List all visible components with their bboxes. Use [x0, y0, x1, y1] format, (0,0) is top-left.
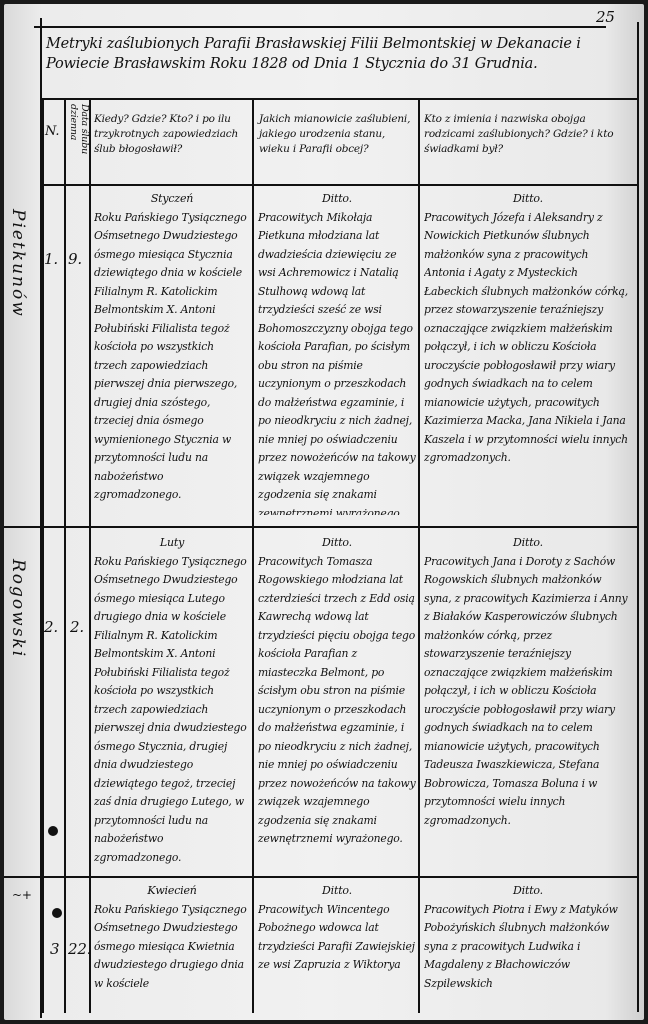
ink-blot-mark	[48, 826, 58, 836]
row-day-2: 2.	[70, 618, 84, 636]
row2-month: Luty	[94, 534, 250, 553]
row3-ceremony-cell: Kwiecień Roku Pańskiego Tysiącznego Ośms…	[94, 882, 250, 992]
row2-ceremony-cell: Luty Roku Pańskiego Tysiącznego Ośmsetne…	[94, 534, 250, 874]
page-number: 25	[596, 8, 615, 26]
header-col1: Kiedy? Gdzie? Kto? i po ilu trzykrotnych…	[94, 112, 248, 157]
row1-spouses-text: Pracowitych Mikołaja Pietkuna młodziana …	[258, 211, 416, 516]
header-date: Data ślubu dzienna	[68, 104, 90, 174]
header-number: N.	[45, 124, 59, 139]
margin-name-1: Pietkunów	[8, 209, 28, 318]
row2-parents-cell: Ditto. Pracowitych Jana i Doroty z Sachó…	[424, 534, 632, 874]
ink-blot-mark-2	[52, 908, 62, 918]
header-col3: Kto z imienia i nazwiska obojga rodzicam…	[424, 112, 632, 157]
row1-spouses-heading: Ditto.	[258, 190, 416, 209]
row-number-3: 3	[50, 940, 59, 958]
row1-spouses-cell: Ditto. Pracowitych Mikołaja Pietkuna mło…	[258, 190, 416, 515]
row-day-1: 9.	[68, 250, 82, 268]
frame-right-rule	[637, 22, 639, 1012]
margin-name-2: Rogowski	[8, 559, 28, 658]
row3-ceremony-text: Roku Pańskiego Tysiącznego Ośmsetnego Dw…	[94, 903, 247, 990]
row1-parents-heading: Ditto.	[424, 190, 632, 209]
row2-spouses-cell: Ditto. Pracowitych Tomasza Rogowskiego m…	[258, 534, 416, 874]
title-bottom-rule	[40, 98, 638, 100]
row3-parents-heading: Ditto.	[424, 882, 632, 901]
row2-bottom-rule	[4, 876, 638, 878]
row3-spouses-cell: Ditto. Pracowitych Wincentego Pobożnego …	[258, 882, 416, 992]
row1-parents-cell: Ditto. Pracowitych Józefa i Aleksandry z…	[424, 190, 632, 515]
header-bottom-rule	[40, 184, 638, 186]
register-page: 25 Metryki zaślubionych Parafii Brasławs…	[4, 4, 644, 1020]
row1-ceremony-text: Roku Pańskiego Tysiącznego Ośmsetnego Dw…	[94, 211, 247, 502]
row2-spouses-heading: Ditto.	[258, 534, 416, 553]
row3-margin-mark: ~+	[12, 888, 32, 902]
frame-top-rule	[34, 26, 606, 28]
row-number-2: 2.	[44, 618, 58, 636]
row3-spouses-heading: Ditto.	[258, 882, 416, 901]
row-day-3: 22.	[68, 940, 91, 958]
header-col2: Jakich mianowicie zaślubieni, jakiego ur…	[259, 112, 415, 157]
row3-parents-cell: Ditto. Pracowitych Piotra i Ewy z Matykó…	[424, 882, 632, 992]
row2-parents-text: Pracowitych Jana i Doroty z Sachów Rogow…	[424, 555, 627, 827]
row3-spouses-text: Pracowitych Wincentego Pobożnego wdowca …	[258, 903, 415, 972]
row1-ceremony-cell: Styczeń Roku Pańskiego Tysiącznego Ośmse…	[94, 190, 250, 515]
register-title: Metryki zaślubionych Parafii Brasławskie…	[46, 34, 638, 74]
row2-parents-heading: Ditto.	[424, 534, 632, 553]
row-number-1: 1.	[44, 250, 58, 268]
row3-month: Kwiecień	[94, 882, 250, 901]
row2-spouses-text: Pracowitych Tomasza Rogowskiego młodzian…	[258, 555, 416, 846]
row1-month: Styczeń	[94, 190, 250, 209]
row2-ceremony-text: Roku Pańskiego Tysiącznego Ośmsetnego Dw…	[94, 555, 247, 864]
row1-bottom-rule	[4, 526, 638, 528]
row1-parents-text: Pracowitych Józefa i Aleksandry z Nowick…	[424, 211, 628, 465]
row3-parents-text: Pracowitych Piotra i Ewy z Matyków Poboż…	[424, 903, 618, 990]
